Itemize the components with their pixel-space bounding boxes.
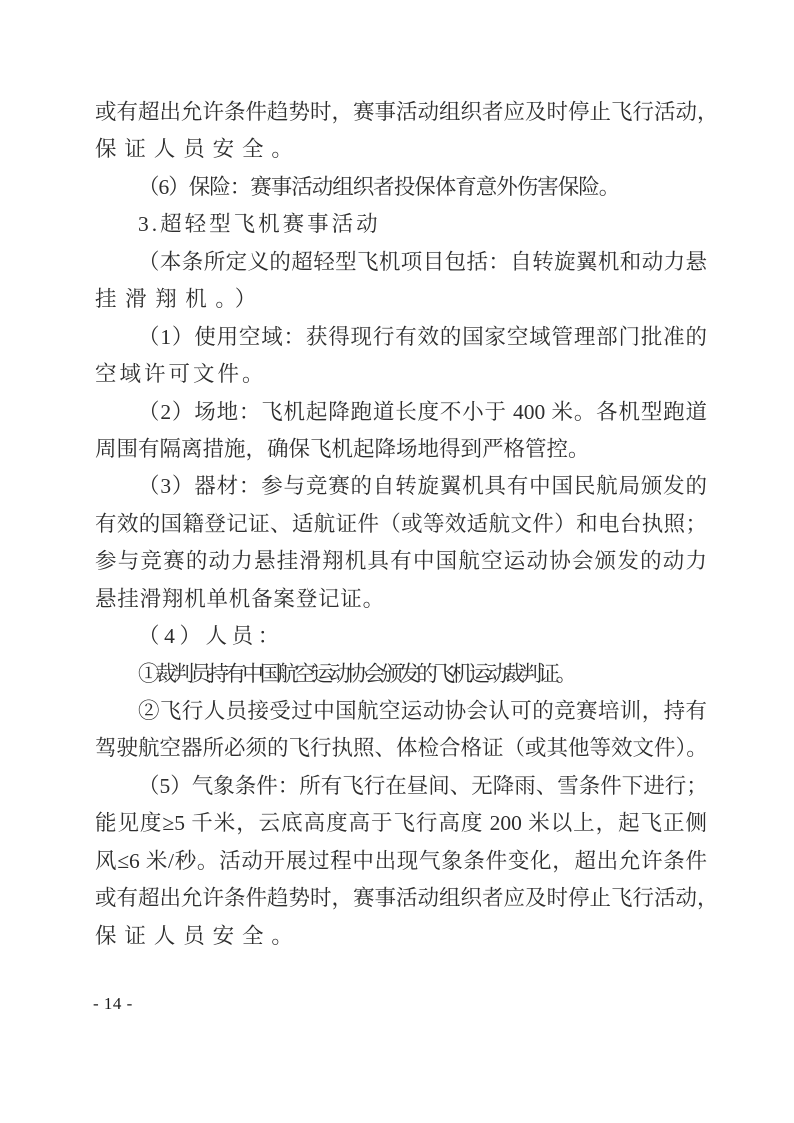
document-line: 保证人员安全。 bbox=[95, 131, 707, 168]
document-line: 能见度≥5 千米，云底高度高于飞行高度 200 米以上，起飞正侧 bbox=[95, 805, 707, 842]
document-line: （6）保险：赛事活动组织者投保体育意外伤害保险。 bbox=[95, 169, 707, 206]
document-line: （1）使用空域：获得现行有效的国家空域管理部门批准的 bbox=[95, 319, 707, 356]
document-line: 周围有隔离措施，确保飞机起降场地得到严格管控。 bbox=[95, 431, 707, 468]
document-line: 参与竞赛的动力悬挂滑翔机具有中国航空运动协会颁发的动力 bbox=[95, 543, 707, 580]
document-line: （4）人员： bbox=[95, 618, 707, 655]
document-line: 有效的国籍登记证、适航证件（或等效适航文件）和电台执照； bbox=[95, 506, 707, 543]
document-line: 空域许可文件。 bbox=[95, 356, 707, 393]
document-line: 驾驶航空器所必须的飞行执照、体检合格证（或其他等效文件）。 bbox=[95, 730, 707, 767]
document-line: （3）器材：参与竞赛的自转旋翼机具有中国民航局颁发的 bbox=[95, 468, 707, 505]
document-line: （2）场地：飞机起降跑道长度不小于 400 米。各机型跑道 bbox=[95, 394, 707, 431]
document-line: 风≤6 米/秒。活动开展过程中出现气象条件变化，超出允许条件 bbox=[95, 843, 707, 880]
document-line: （5）气象条件：所有飞行在昼间、无降雨、雪条件下进行； bbox=[95, 768, 707, 805]
document-line section-heading: 3.超轻型飞机赛事活动 bbox=[95, 206, 707, 243]
document-line: 挂滑翔机。） bbox=[95, 281, 707, 318]
document-line: 或有超出允许条件趋势时，赛事活动组织者应及时停止飞行活动， bbox=[95, 94, 707, 131]
document-line: （本条所定义的超轻型飞机项目包括：自转旋翼机和动力悬 bbox=[95, 244, 707, 281]
document-body: 或有超出允许条件趋势时，赛事活动组织者应及时停止飞行活动， 保证人员安全。 （6… bbox=[95, 94, 707, 955]
document-line: 或有超出允许条件趋势时，赛事活动组织者应及时停止飞行活动， bbox=[95, 880, 707, 917]
document-line: 保证人员安全。 bbox=[95, 918, 707, 955]
page-number: - 14 - bbox=[93, 994, 133, 1014]
document-line: 悬挂滑翔机单机备案登记证。 bbox=[95, 581, 707, 618]
document-line: ②飞行人员接受过中国航空运动协会认可的竞赛培训，持有 bbox=[95, 693, 707, 730]
document-line: ①裁判员持有中国航空运动协会颁发的飞机运动裁判证。 bbox=[95, 656, 707, 693]
document-page: 或有超出允许条件趋势时，赛事活动组织者应及时停止飞行活动， 保证人员安全。 （6… bbox=[0, 0, 794, 1123]
